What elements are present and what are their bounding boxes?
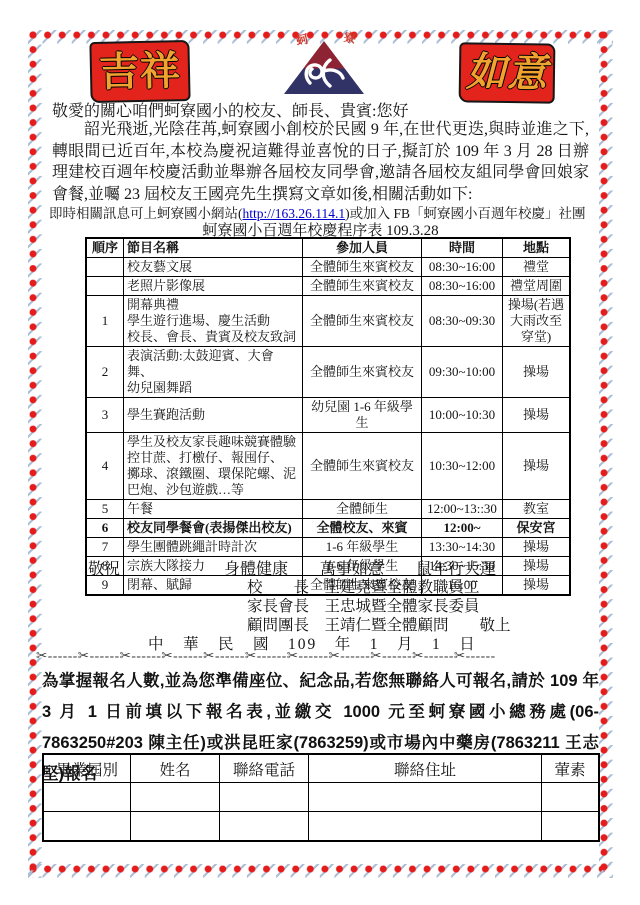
cell-location: 保安宮 xyxy=(503,519,571,538)
cell-location: 禮堂 xyxy=(503,258,571,277)
regform-empty-row xyxy=(43,783,599,812)
logo-char-left: 蚵 xyxy=(294,30,309,49)
table-row: 5 午餐 全體師生 12:00~13::30 教室 xyxy=(86,500,570,519)
cell-time: 10:00~10:30 xyxy=(422,398,503,433)
regform-cell xyxy=(542,783,600,812)
cell-location: 操場 xyxy=(503,347,571,398)
regform-header-diet: 葷素 xyxy=(542,754,600,783)
regform-cell xyxy=(542,812,600,842)
cell-seq: 3 xyxy=(86,398,124,433)
header-program: 節目名稱 xyxy=(124,238,303,258)
header-time: 時間 xyxy=(422,238,503,258)
cell-program: 學生團體跳繩計時計次 xyxy=(124,538,303,557)
regform-header-phone: 聯絡電話 xyxy=(220,754,309,783)
dot-border-right xyxy=(599,30,613,878)
school-logo: 蚵 寮 xyxy=(282,30,366,96)
regform-cell xyxy=(43,783,131,812)
cell-location: 操場 xyxy=(503,576,571,596)
regform-cell xyxy=(43,812,131,842)
cell-participants: 全體師生來賓校友 xyxy=(303,347,422,398)
cell-location: 操場 xyxy=(503,433,571,500)
regform-cell xyxy=(131,812,220,842)
table-row: 校友藝文展 全體師生來賓校友 08:30~16:00 禮堂 xyxy=(86,258,570,277)
cell-participants: 全體校友、來賓 xyxy=(303,519,422,538)
table-row: 2 表演活動:太鼓迎賓、大會舞、 幼兒園舞蹈 全體師生來賓校友 09:30~10… xyxy=(86,347,570,398)
cell-location: 操場(若遇大雨改至穿堂) xyxy=(503,296,571,347)
cell-location: 操場 xyxy=(503,538,571,557)
cell-program: 表演活動:太鼓迎賓、大會舞、 幼兒園舞蹈 xyxy=(124,347,303,398)
header-seq: 順序 xyxy=(86,238,124,258)
dot-border-left xyxy=(28,30,42,878)
regform-empty-row xyxy=(43,812,599,842)
blessing-respect: 敬祝 xyxy=(88,561,120,578)
cell-location: 操場 xyxy=(503,557,571,576)
regform-cell xyxy=(220,783,309,812)
cell-program: 開幕典禮 學生遊行進場、慶生活動 校長、會長、貴賓及校友致詞 xyxy=(124,296,303,347)
cell-participants: 全體師生來賓校友 xyxy=(303,296,422,347)
greeting-line: 敬愛的關心咱們蚵寮國小的校友、師長、貴賓:您好 xyxy=(52,98,408,121)
registration-form-table: 畢業屆別 姓名 聯絡電話 聯絡住址 葷素 xyxy=(42,753,600,842)
cell-seq xyxy=(86,258,124,277)
cell-program: 學生及校友家長趣味競賽體驗 控甘蔗、打檄仔、報囤仔、 擲球、滾鐵圈、環保陀螺、泥… xyxy=(124,433,303,500)
table-row: 1 開幕典禮 學生遊行進場、慶生活動 校長、會長、貴賓及校友致詞 全體師生來賓校… xyxy=(86,296,570,347)
header-location: 地點 xyxy=(503,238,571,258)
regform-header-row: 畢業屆別 姓名 聯絡電話 聯絡住址 葷素 xyxy=(43,754,599,783)
logo-char-right: 寮 xyxy=(343,28,358,47)
table-row: 7 學生團體跳繩計時計次 1-6 年級學生 13:30~14:30 操場 xyxy=(86,538,570,557)
cell-participants: 幼兒園 1-6 年級學生 xyxy=(303,398,422,433)
cell-time: 08:30~16:00 xyxy=(422,277,503,296)
cell-program: 午餐 xyxy=(124,500,303,519)
cell-seq: 4 xyxy=(86,433,124,500)
cell-program: 學生賽跑活動 xyxy=(124,398,303,433)
cell-participants: 全體師生來賓校友 xyxy=(303,258,422,277)
cell-time: 10:30~12:00 xyxy=(422,433,503,500)
table-row: 老照片影像展 全體師生來賓校友 08:30~16:00 禮堂周圍 xyxy=(86,277,570,296)
schedule-table: 順序 節目名稱 參加人員 時間 地點 校友藝文展 全體師生來賓校友 08:30~… xyxy=(85,237,571,596)
cell-time: 09:30~10:00 xyxy=(422,347,503,398)
table-row-highlight: 6 校友同學餐會(表揚傑出校友) 全體校友、來賓 12:00~ 保安宮 xyxy=(86,519,570,538)
cell-seq: 2 xyxy=(86,347,124,398)
table-row: 3 學生賽跑活動 幼兒園 1-6 年級學生 10:00~10:30 操場 xyxy=(86,398,570,433)
regform-cell xyxy=(131,783,220,812)
cell-program: 校友藝文展 xyxy=(124,258,303,277)
cell-location: 操場 xyxy=(503,398,571,433)
cell-program: 校友同學餐會(表揚傑出校友) xyxy=(124,519,303,538)
header-participants: 參加人員 xyxy=(303,238,422,258)
regform-cell xyxy=(309,783,542,812)
cell-seq xyxy=(86,277,124,296)
cell-location: 教室 xyxy=(503,500,571,519)
banner-jixiang: 吉祥 xyxy=(89,40,190,103)
logo-swirl-icon xyxy=(296,56,352,90)
regform-header-name: 姓名 xyxy=(131,754,220,783)
cell-time: 08:30~16:00 xyxy=(422,258,503,277)
banner-jixiang-text: 吉祥 xyxy=(99,51,182,93)
regform-header-address: 聯絡住址 xyxy=(309,754,542,783)
regform-cell xyxy=(309,812,542,842)
table-row: 4 學生及校友家長趣味競賽體驗 控甘蔗、打檄仔、報囤仔、 擲球、滾鐵圈、環保陀螺… xyxy=(86,433,570,500)
cell-participants: 1-6 年級學生 xyxy=(303,538,422,557)
cell-seq: 1 xyxy=(86,296,124,347)
cell-program: 老照片影像展 xyxy=(124,277,303,296)
regform-header-class: 畢業屆別 xyxy=(43,754,131,783)
cell-seq: 5 xyxy=(86,500,124,519)
cell-location: 禮堂周圍 xyxy=(503,277,571,296)
scissors-cut-line: ✂------✂------✂------✂------✂------✂----… xyxy=(36,648,608,664)
cell-participants: 全體師生來賓校友 xyxy=(303,433,422,500)
dot-border-bottom xyxy=(28,864,613,878)
cell-participants: 全體師生來賓校友 xyxy=(303,277,422,296)
banner-ruyi-text: 如意 xyxy=(466,52,549,93)
cell-time: 12:00~ xyxy=(422,519,503,538)
cell-time: 13:30~14:30 xyxy=(422,538,503,557)
cell-time: 08:30~09:30 xyxy=(422,296,503,347)
regform-cell xyxy=(220,812,309,842)
schedule-header-row: 順序 節目名稱 參加人員 時間 地點 xyxy=(86,238,570,258)
cell-participants: 全體師生 xyxy=(303,500,422,519)
banner-ruyi: 如意 xyxy=(459,42,556,103)
cell-seq: 7 xyxy=(86,538,124,557)
intro-paragraph: 韶光飛逝,光陰荏苒,蚵寮國小創校於民國 9 年,在世代更迭,與時並進之下,轉眼間… xyxy=(52,119,589,205)
document-page: 吉祥 蚵 寮 如意 敬愛的關心咱們蚵寮國小的校友、師長、貴賓:您好 韶光飛逝,光… xyxy=(0,0,640,905)
cell-time: 12:00~13::30 xyxy=(422,500,503,519)
cell-seq: 6 xyxy=(86,519,124,538)
